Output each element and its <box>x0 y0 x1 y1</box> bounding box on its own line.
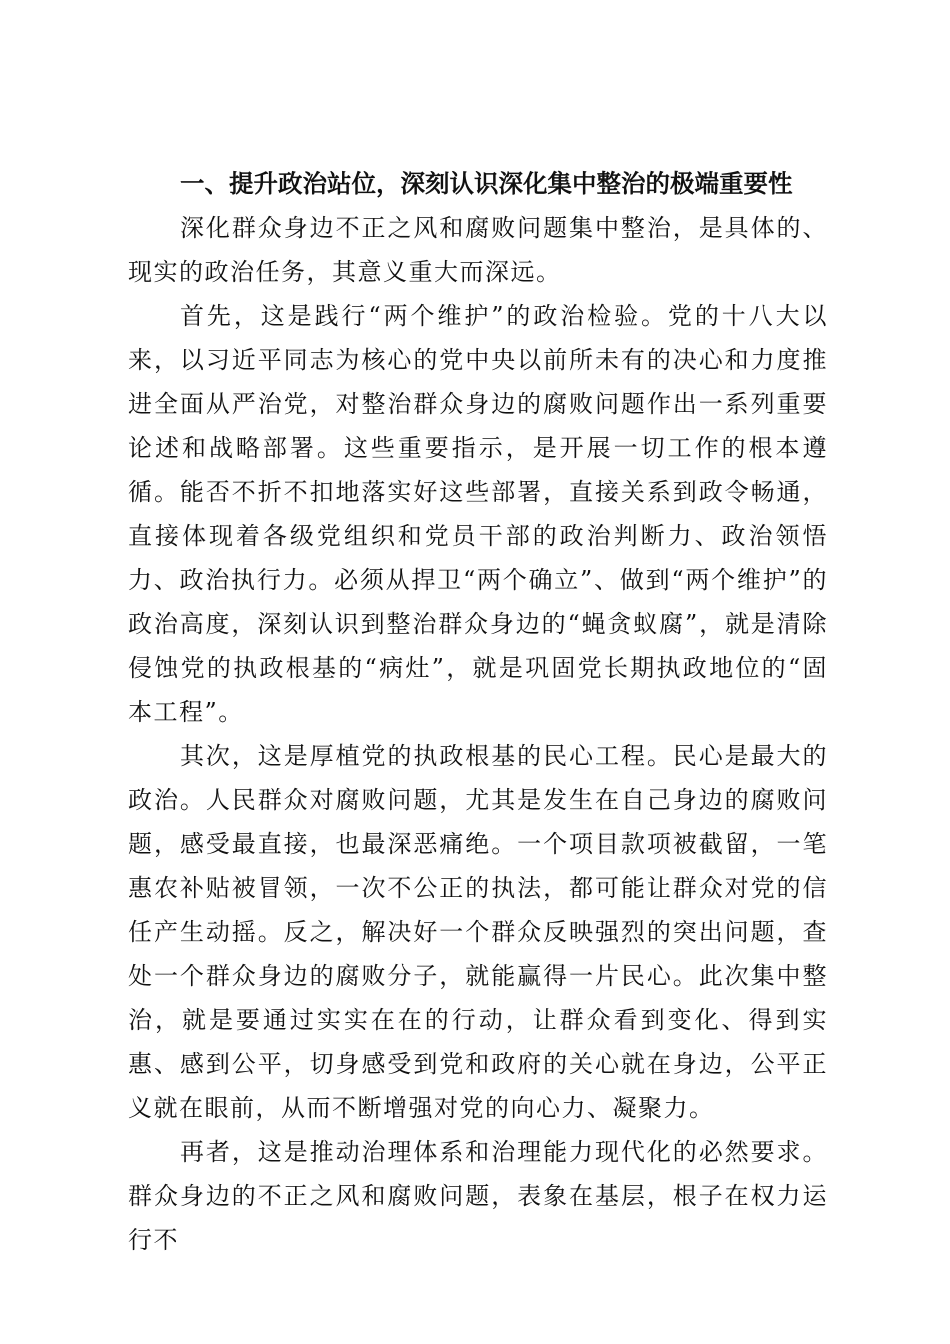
paragraph-second: 其次，这是厚植党的执政根基的民心工程。民心是最大的政治。人民群众对腐败问题，尤其… <box>128 734 828 1130</box>
section-heading: 一、提升政治站位，深刻认识深化集中整治的极端重要性 <box>128 162 828 206</box>
paragraph-third: 再者，这是推动治理体系和治理能力现代化的必然要求。群众身边的不正之风和腐败问题，… <box>128 1130 828 1262</box>
paragraph-first: 首先，这是践行“两个维护”的政治检验。党的十八大以来，以习近平同志为核心的党中央… <box>128 294 828 734</box>
document-page: 一、提升政治站位，深刻认识深化集中整治的极端重要性 深化群众身边不正之风和腐败问… <box>128 162 828 1262</box>
paragraph-intro: 深化群众身边不正之风和腐败问题集中整治，是具体的、现实的政治任务，其意义重大而深… <box>128 206 828 294</box>
